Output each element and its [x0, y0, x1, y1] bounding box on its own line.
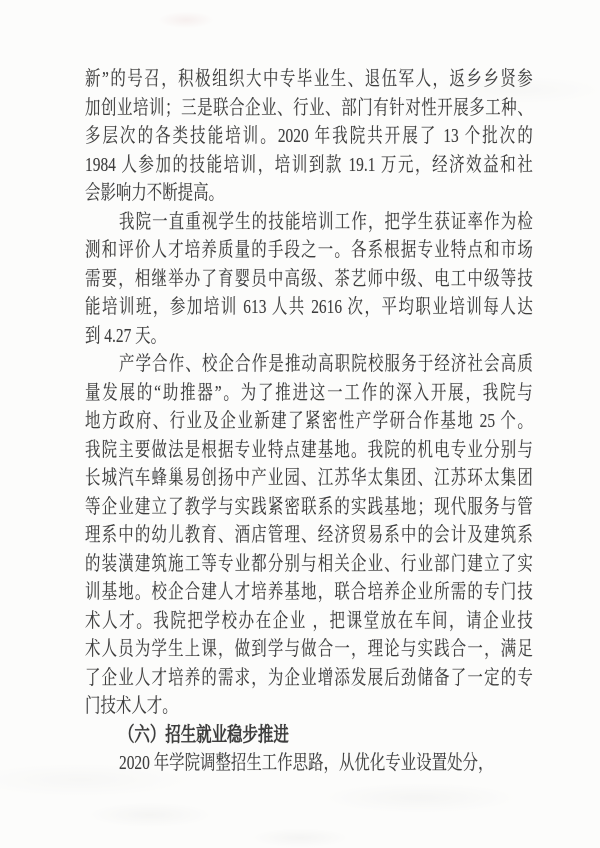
text-line: 2020 年学院调整招生工作思路，从优化专业设置处分，	[85, 749, 533, 778]
document-page: 新”的号召，积极组织大中专毕业生、退伍军人，返乡乡贤参 加创业培训；三是联合企业…	[0, 0, 600, 848]
text-line: 新”的号召，积极组织大中专毕业生、退伍军人，返乡乡贤参	[85, 65, 533, 94]
text-line: 术人员为学生上课，做到学与做合一，理论与实践合一，满足	[85, 635, 533, 664]
text-line: 长城汽车蜂巢易创扬中产业园、江苏华太集团、江苏环太集团	[85, 464, 533, 493]
text-line: 门技术人才。	[85, 692, 533, 721]
text-line: 到 4.27 天。	[85, 322, 533, 351]
text-line: 加创业培训；三是联合企业、行业、部门有针对性开展多工种、	[85, 94, 533, 123]
text-line: 术人才。我院把学校办在企业 ，把课堂放在车间，请企业技	[85, 607, 533, 636]
text-line: 等企业建立了教学与实践紧密联系的实践基地；现代服务与管	[85, 493, 533, 522]
text-line: 了企业人才培养的需求，为企业增添发展后劲储备了一定的专	[85, 664, 533, 693]
section-heading: （六）招生就业稳步推进	[85, 721, 533, 750]
text-line: 能培训班，参加培训 613 人共 2616 次，平均职业培训每人达	[85, 293, 533, 322]
text-line: 的装潢建筑施工等专业都分别与相关企业、行业部门建立了实	[85, 550, 533, 579]
text-line: 会影响力不断提高。	[85, 179, 533, 208]
text-line: 我院一直重视学生的技能培训工作，把学生获证率作为检	[85, 208, 533, 237]
body-text: 新”的号召，积极组织大中专毕业生、退伍军人，返乡乡贤参 加创业培训；三是联合企业…	[85, 65, 533, 778]
text-line: 地方政府、行业及企业新建了紧密性产学研合作基地 25 个。	[85, 407, 533, 436]
text-line: 测和评价人才培养质量的手段之一。各系根据专业特点和市场	[85, 236, 533, 265]
text-line: 1984 人参加的技能培训，培训到款 19.1 万元，经济效益和社	[85, 151, 533, 180]
text-line: 产学合作、校企合作是推动高职院校服务于经济社会高质	[85, 350, 533, 379]
text-line: 训基地。校企合建人才培养基地，联合培养企业所需的专门技	[85, 578, 533, 607]
text-line: 量发展的“助推器”。为了推进这一工作的深入开展，我院与	[85, 379, 533, 408]
text-line: 多层次的各类技能培训。2020 年我院共开展了 13 个批次的	[85, 122, 533, 151]
text-line: 需要，相继举办了育婴员中高级、茶艺师中级、电工中级等技	[85, 265, 533, 294]
text-line: 理系中的幼儿教育、酒店管理、经济贸易系中的会计及建筑系	[85, 521, 533, 550]
text-line: 我院主要做法是根据专业特点建基地。我院的机电专业分别与	[85, 436, 533, 465]
